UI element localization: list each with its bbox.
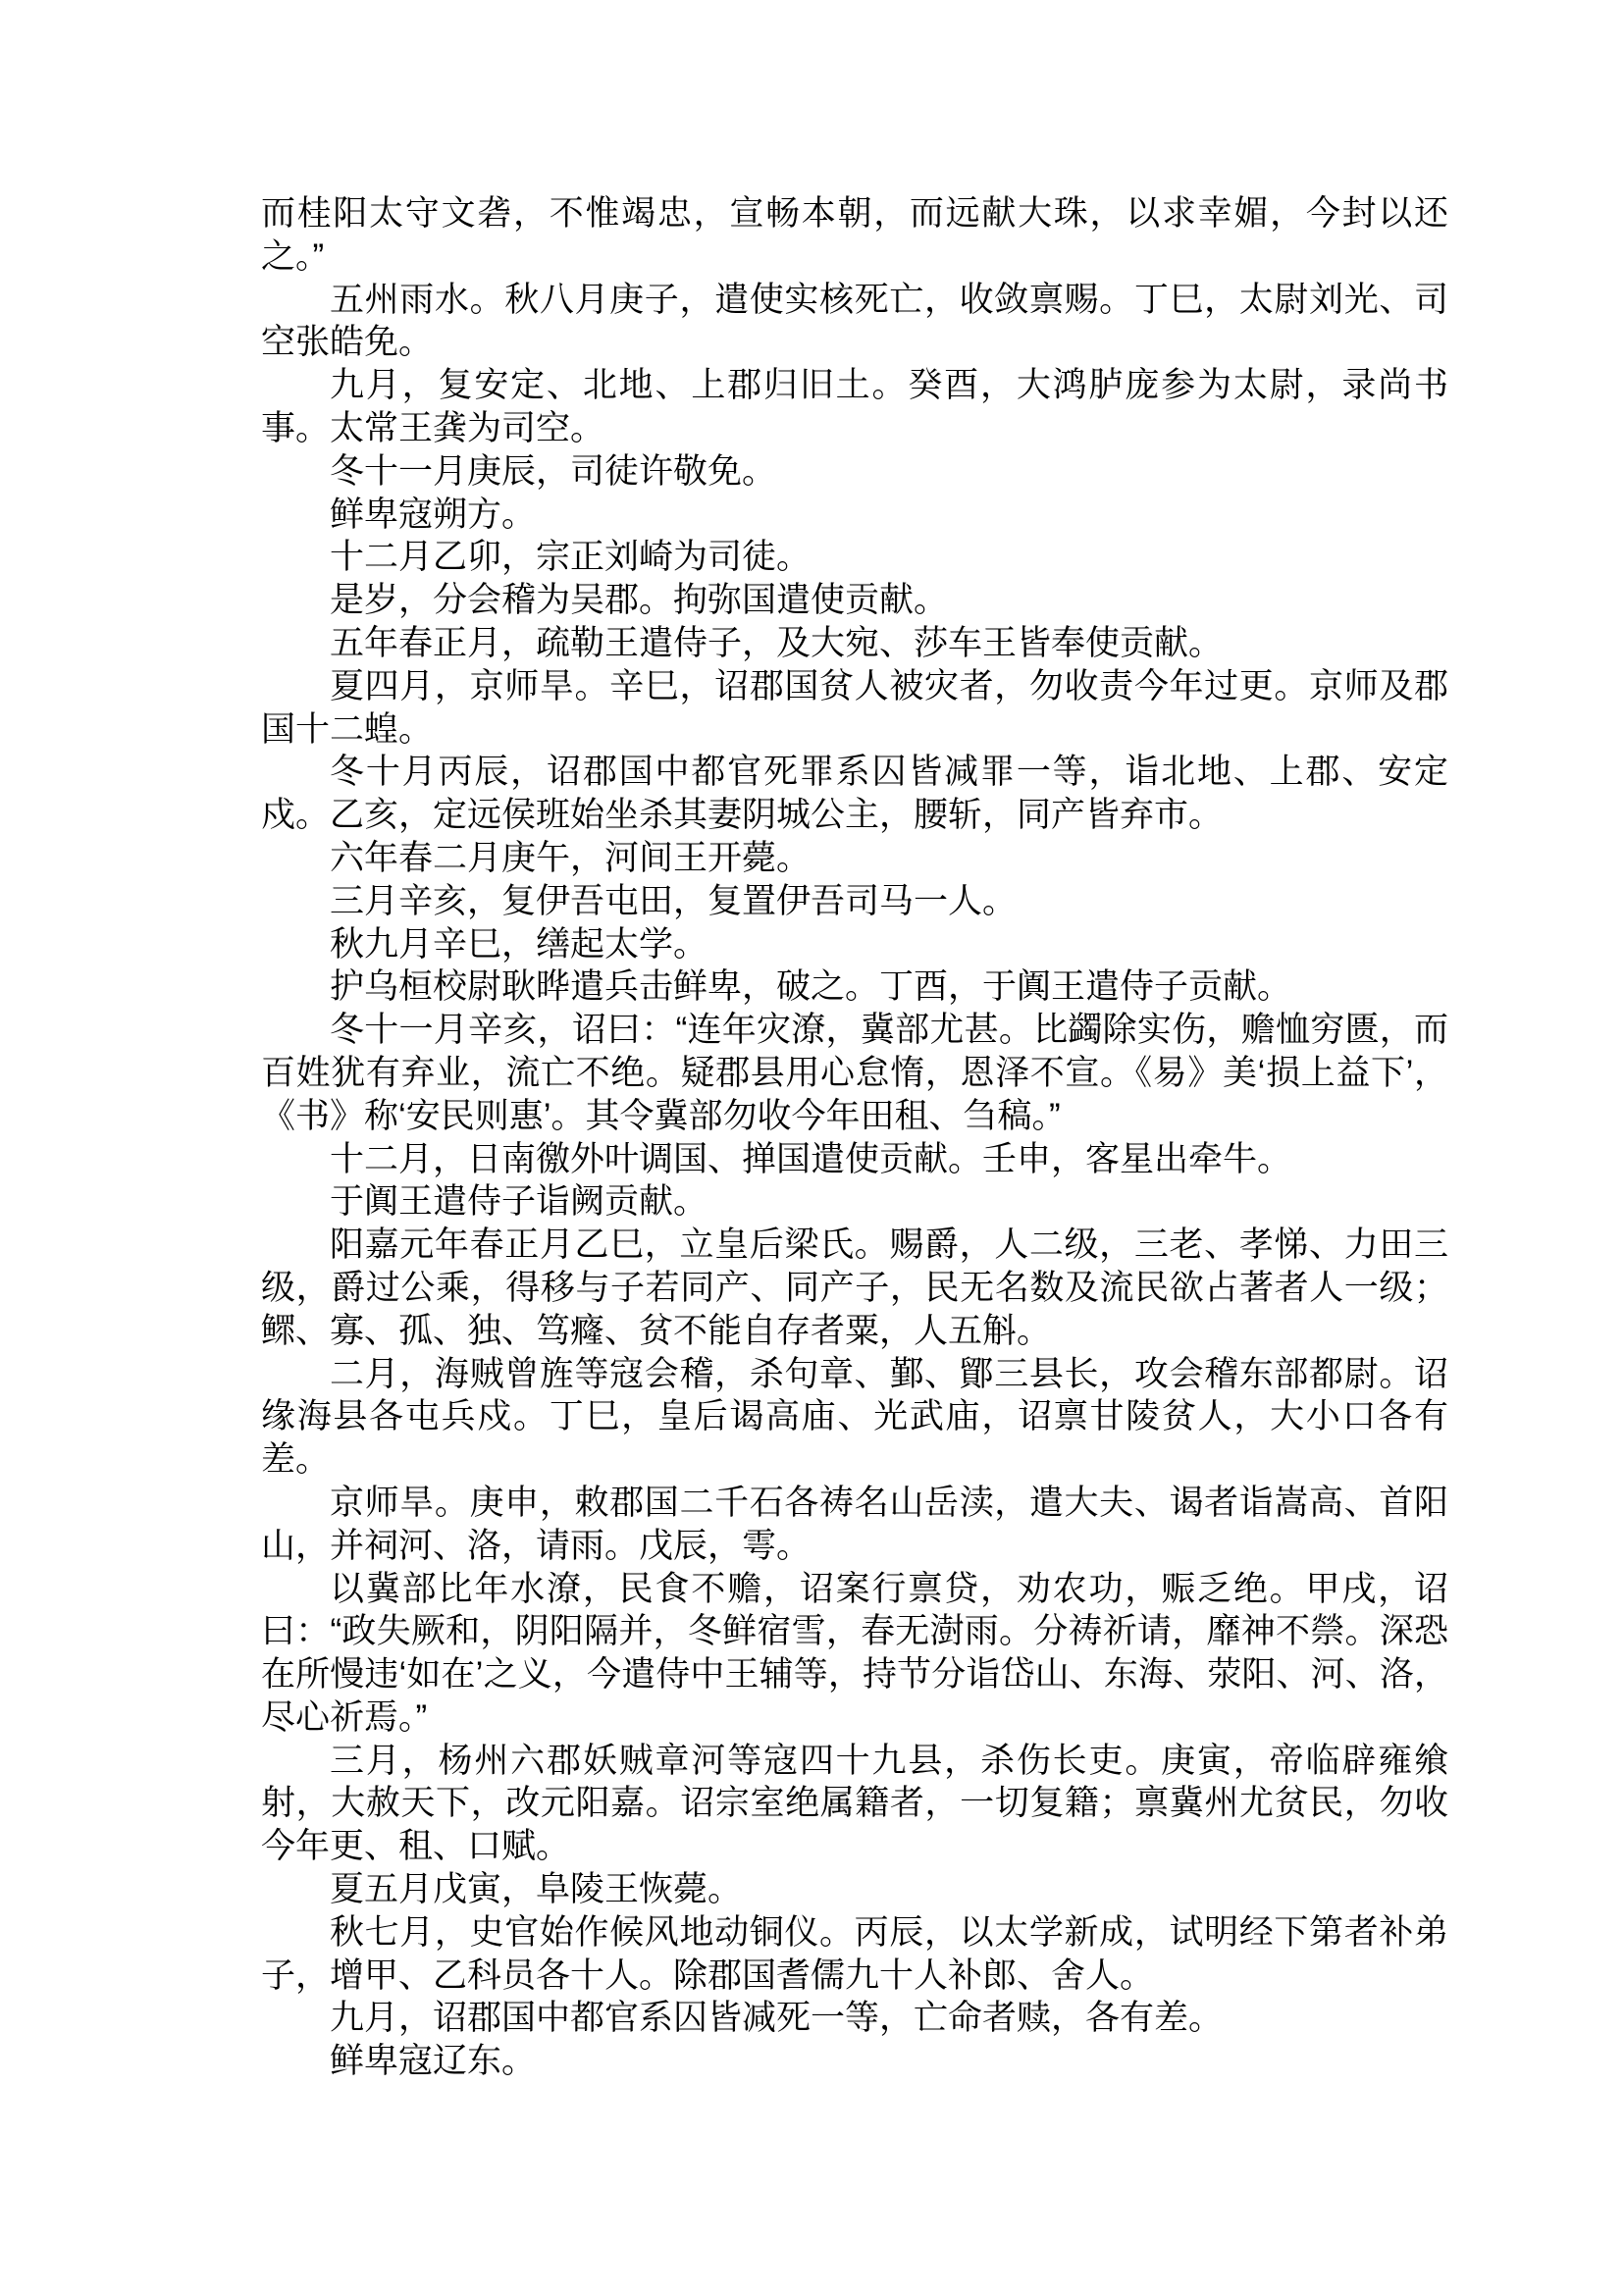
paragraph: 五州雨水。秋八月庚子，遣使实核死亡，收敛禀赐。丁巳，太尉刘光、司空张皓免。: [261, 279, 1448, 365]
paragraph: 五年春正月，疏勒王遣侍子，及大宛、莎车王皆奉使贡献。: [261, 622, 1448, 665]
paragraph: 九月，诏郡国中都官系囚皆减死一等，亡命者赎，各有差。: [261, 1997, 1448, 2040]
paragraph: 冬十一月庚辰，司徒许敬免。: [261, 450, 1448, 494]
paragraph: 冬十一月辛亥，诏曰：“连年灾潦，冀部尤甚。比蠲除实伤，赡恤穷匮，而百姓犹有弃业，…: [261, 1009, 1448, 1137]
paragraph: 于阗王遣侍子诣阙贡献。: [261, 1180, 1448, 1224]
paragraph: 六年春二月庚午，河间王开薨。: [261, 837, 1448, 880]
paragraph: 以冀部比年水潦，民食不赡，诏案行禀贷，劝农功，赈乏绝。甲戌，诏曰：“政失厥和，阴…: [261, 1568, 1448, 1740]
paragraph: 秋九月辛巳，缮起太学。: [261, 923, 1448, 966]
document-page: 而桂阳太守文砻，不惟竭忠，宣畅本朝，而远献大珠，以求幸媚，今封以还之。”五州雨水…: [0, 0, 1624, 2294]
paragraph: 十二月乙卯，宗正刘崎为司徒。: [261, 536, 1448, 579]
paragraph: 而桂阳太守文砻，不惟竭忠，宣畅本朝，而远献大珠，以求幸媚，今封以还之。”: [261, 192, 1448, 279]
paragraph: 十二月，日南徼外叶调国、掸国遣使贡献。壬申，客星出牵牛。: [261, 1138, 1448, 1181]
paragraph: 护乌桓校尉耿晔遣兵击鲜卑，破之。丁酉，于阗王遣侍子贡献。: [261, 965, 1448, 1009]
paragraph: 鲜卑寇朔方。: [261, 494, 1448, 537]
paragraph: 三月辛亥，复伊吾屯田，复置伊吾司马一人。: [261, 880, 1448, 923]
paragraph: 阳嘉元年春正月乙巳，立皇后梁氏。赐爵，人二级，三老、孝悌、力田三级，爵过公乘，得…: [261, 1224, 1448, 1352]
paragraph: 九月，复安定、北地、上郡归旧土。癸酉，大鸿胪庞参为太尉，录尚书事。太常王龚为司空…: [261, 364, 1448, 450]
text-block: 而桂阳太守文砻，不惟竭忠，宣畅本朝，而远献大珠，以求幸媚，今封以还之。”五州雨水…: [261, 192, 1448, 2083]
paragraph: 是岁，分会稽为吴郡。拘弥国遣使贡献。: [261, 579, 1448, 622]
paragraph: 鲜卑寇辽东。: [261, 2040, 1448, 2083]
paragraph: 三月，杨州六郡妖贼章河等寇四十九县，杀伤长吏。庚寅，帝临辟雍飨射，大赦天下，改元…: [261, 1740, 1448, 1868]
paragraph: 冬十月丙辰，诏郡国中都官死罪系囚皆减罪一等，诣北地、上郡、安定戍。乙亥，定远侯班…: [261, 751, 1448, 837]
paragraph: 京师旱。庚申，敕郡国二千石各祷名山岳渎，遣大夫、谒者诣嵩高、首阳山，并祠河、洛，…: [261, 1482, 1448, 1568]
paragraph: 秋七月，史官始作候风地动铜仪。丙辰，以太学新成，试明经下第者补弟子，增甲、乙科员…: [261, 1911, 1448, 1998]
paragraph: 夏四月，京师旱。辛巳，诏郡国贫人被灾者，勿收责今年过更。京师及郡国十二蝗。: [261, 665, 1448, 752]
paragraph: 夏五月戊寅，阜陵王恢薨。: [261, 1868, 1448, 1911]
paragraph: 二月，海贼曾旌等寇会稽，杀句章、鄞、鄮三县长，攻会稽东部都尉。诏缘海县各屯兵戍。…: [261, 1353, 1448, 1482]
